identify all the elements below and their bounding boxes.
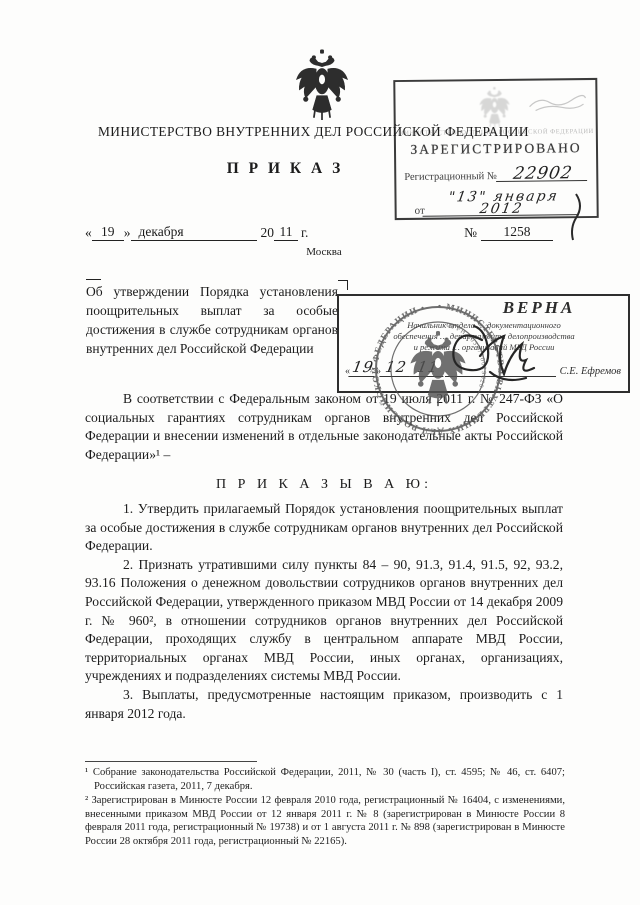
order-item-1: 1. Утвердить прилагаемый Порядок установ… <box>85 500 563 556</box>
city-label: Москва <box>85 246 563 258</box>
order-item-3: 3. Выплаты, предусмотренные настоящим пр… <box>85 686 563 723</box>
title-corner-mark-left <box>86 279 101 280</box>
document-type-title: П Р И К А З <box>85 160 485 178</box>
order-items: 1. Утвердить прилагаемый Порядок установ… <box>85 500 563 723</box>
footnote-1: ¹ Собрание законодательства Российской Ф… <box>85 766 565 793</box>
date-close-quote: » <box>124 225 131 241</box>
verna-day: 19 <box>348 358 377 377</box>
date-open-quote: « <box>85 225 92 241</box>
date-century: 20 <box>257 225 275 241</box>
doc-number-value: 1258 <box>481 224 553 241</box>
date-day: 19 <box>92 224 124 241</box>
date-month: декабря <box>131 224 257 241</box>
pen-flourish <box>546 192 586 242</box>
title-corner-mark-right <box>338 280 348 290</box>
russia-coat-of-arms <box>293 45 351 129</box>
footnote-2: ² Зарегистрирован в Минюсте России 12 фе… <box>85 794 565 848</box>
verna-signer-name: С.Е. Ефремов <box>556 366 621 377</box>
doc-number-label: № <box>464 225 481 241</box>
verna-month: 12 <box>379 358 412 377</box>
document-page: МИНИСТЕРСТВО ВНУТРЕННИХ ДЕЛ РОССИЙСКОЙ Ф… <box>0 0 640 905</box>
faint-ink-marks <box>527 92 587 115</box>
date-year: 11 <box>274 224 298 241</box>
date-number-row: « 19 » декабря 20 11 г. № 1258 <box>85 224 563 241</box>
date-suffix: г. <box>298 225 308 241</box>
handwritten-signature <box>430 310 550 400</box>
stamp-regnumber-value: 22902 <box>496 166 590 182</box>
resolve-line: П Р И К А З Ы В А Ю: <box>85 477 563 493</box>
footnotes: ¹ Собрание законодательства Российской Ф… <box>85 766 565 850</box>
order-item-2: 2. Признать утратившими силу пункты 84 –… <box>85 556 563 686</box>
ministry-header: МИНИСТЕРСТВО ВНУТРЕННИХ ДЕЛ РОССИЙСКОЙ Ф… <box>98 124 568 140</box>
order-title: Об утверждении Порядка установления поощ… <box>86 282 338 358</box>
footnote-separator <box>85 761 257 762</box>
stamp-registered-label: ЗАРЕГИСТРИРОВАНО <box>396 140 596 158</box>
intro-paragraph: В соответствии с Федеральным законом от … <box>85 390 563 464</box>
